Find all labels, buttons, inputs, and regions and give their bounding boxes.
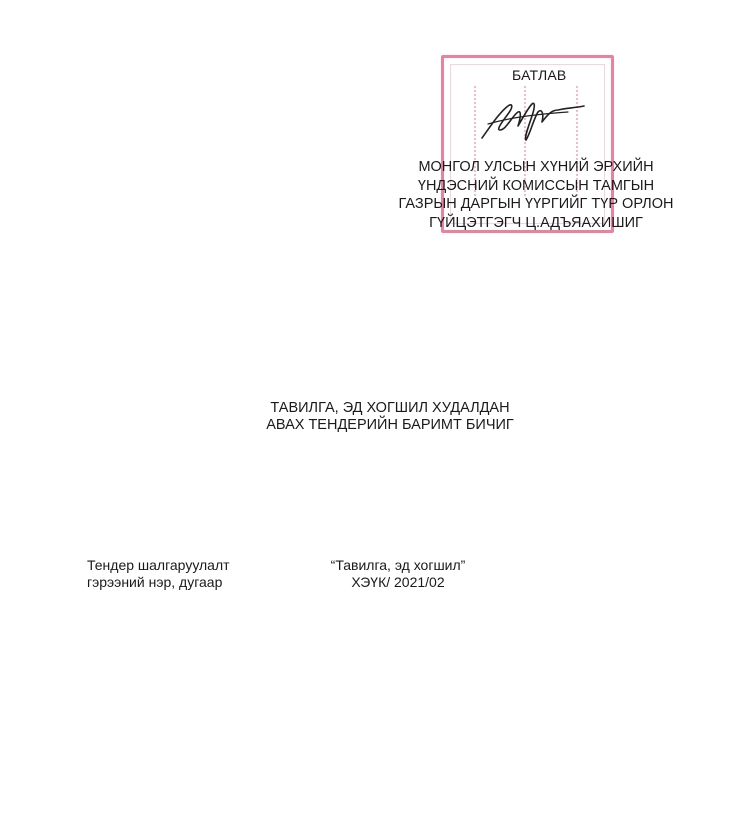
tender-value: “Тавилга, эд хогшил” ХЭҮК/ 2021/02 <box>318 557 478 591</box>
approval-heading: БАТЛАВ <box>512 67 566 83</box>
title-line: ТАВИЛГА, ЭД ХОГШИЛ ХУДАЛДАН <box>200 400 580 417</box>
tender-label-line: Тендер шалгаруулалт <box>87 557 230 574</box>
title-line: АВАХ ТЕНДЕРИЙН БАРИМТ БИЧИГ <box>200 417 580 434</box>
tender-label: Тендер шалгаруулалт гэрээний нэр, дугаар <box>87 557 230 591</box>
tender-value-line: ХЭҮК/ 2021/02 <box>318 574 478 591</box>
tender-label-line: гэрээний нэр, дугаар <box>87 574 230 591</box>
tender-value-line: “Тавилга, эд хогшил” <box>318 557 478 574</box>
authority-line: ҮНДЭСНИЙ КОМИССЫН ТАМГЫН <box>380 177 692 196</box>
signature-icon <box>478 94 588 144</box>
authority-line: МОНГОЛ УЛСЫН ХҮНИЙ ЭРХИЙН <box>380 158 692 177</box>
authority-block: МОНГОЛ УЛСЫН ХҮНИЙ ЭРХИЙН ҮНДЭСНИЙ КОМИС… <box>380 158 692 232</box>
authority-line: ГАЗРЫН ДАРГЫН ҮҮРГИЙГ ТҮР ОРЛОН <box>380 195 692 214</box>
document-title: ТАВИЛГА, ЭД ХОГШИЛ ХУДАЛДАН АВАХ ТЕНДЕРИ… <box>200 400 580 434</box>
authority-line: ГҮЙЦЭТГЭГЧ Ц.АДЪЯАХИШИГ <box>380 214 692 233</box>
document-page: БАТЛАВ МОНГОЛ УЛСЫН ХҮНИЙ ЭРХИЙН ҮНДЭСНИ… <box>0 0 738 840</box>
